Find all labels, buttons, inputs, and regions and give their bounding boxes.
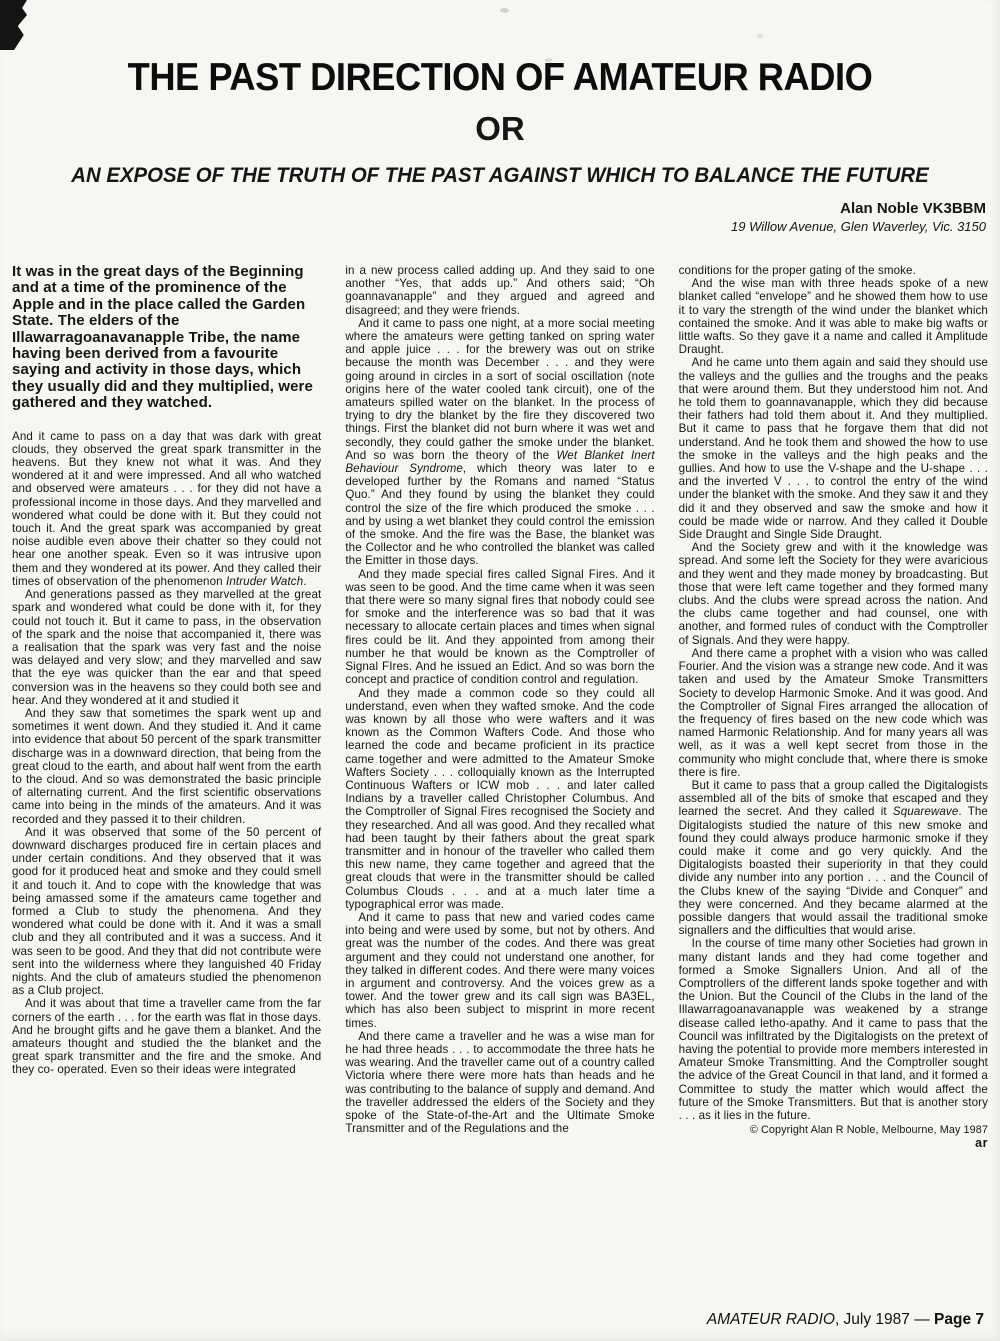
article-body: It was in the great days of the Beginnin… bbox=[0, 264, 1000, 1316]
paragraph: in a new process called adding up. And t… bbox=[345, 264, 654, 317]
paragraph: conditions for the proper gating of the … bbox=[679, 264, 988, 277]
magazine-name: AMATEUR RADIO bbox=[707, 1311, 835, 1328]
scan-speck bbox=[757, 34, 763, 38]
column-1: It was in the great days of the Beginnin… bbox=[12, 264, 321, 1316]
lede-paragraph: It was in the great days of the Beginnin… bbox=[12, 264, 321, 412]
magazine-page: THE PAST DIRECTION OF AMATEUR RADIO OR A… bbox=[0, 0, 1000, 1341]
author-name: Alan Noble VK3BBM bbox=[0, 200, 986, 217]
copyright-line: © Copyright Alan R Noble, Melbourne, May… bbox=[679, 1124, 988, 1137]
paragraph: And they saw that sometimes the spark we… bbox=[12, 707, 321, 826]
paragraph: And it came to pass one night, at a more… bbox=[345, 317, 654, 568]
column-3: conditions for the proper gating of the … bbox=[679, 264, 988, 1316]
paragraph: In the course of time many other Societi… bbox=[679, 937, 988, 1122]
paragraph: And they made special fires called Signa… bbox=[345, 568, 654, 687]
paragraph: And they made a common code so they coul… bbox=[345, 687, 654, 911]
paragraph: And it was about that time a traveller c… bbox=[12, 997, 321, 1076]
column-2: in a new process called adding up. And t… bbox=[345, 264, 654, 1316]
page-footer: AMATEUR RADIO, July 1987 — Page 7 bbox=[707, 1311, 984, 1329]
paragraph: And there came a traveller and he was a … bbox=[345, 1030, 654, 1136]
article-title-or: OR bbox=[0, 110, 1000, 148]
paragraph: And the Society grew and with it the kno… bbox=[679, 541, 988, 647]
paragraph: And there came a prophet with a vision w… bbox=[679, 647, 988, 779]
paragraph: And he came unto them again and said the… bbox=[679, 356, 988, 541]
byline: Alan Noble VK3BBM 19 Willow Avenue, Glen… bbox=[0, 200, 1000, 234]
author-address: 19 Willow Avenue, Glen Waverley, Vic. 31… bbox=[0, 219, 986, 234]
article-subtitle: AN EXPOSE OF THE TRUTH OF THE PAST AGAIN… bbox=[15, 164, 985, 188]
paragraph: And generations passed as they marvelled… bbox=[12, 588, 321, 707]
paragraph: And it came to pass on a day that was da… bbox=[12, 430, 321, 588]
article-header: THE PAST DIRECTION OF AMATEUR RADIO OR A… bbox=[0, 0, 1000, 234]
scan-speck bbox=[500, 8, 509, 13]
issue-date: , July 1987 — bbox=[835, 1311, 934, 1328]
end-of-article-mark: ar bbox=[679, 1137, 988, 1150]
page-number: Page 7 bbox=[934, 1311, 984, 1328]
paragraph: And it was observed that some of the 50 … bbox=[12, 826, 321, 998]
article-title: THE PAST DIRECTION OF AMATEUR RADIO bbox=[35, 56, 965, 100]
paragraph: But it came to pass that a group called … bbox=[679, 779, 988, 937]
paragraph: And it came to pass that new and varied … bbox=[345, 911, 654, 1030]
paragraph: And the wise man with three heads spoke … bbox=[679, 277, 988, 356]
